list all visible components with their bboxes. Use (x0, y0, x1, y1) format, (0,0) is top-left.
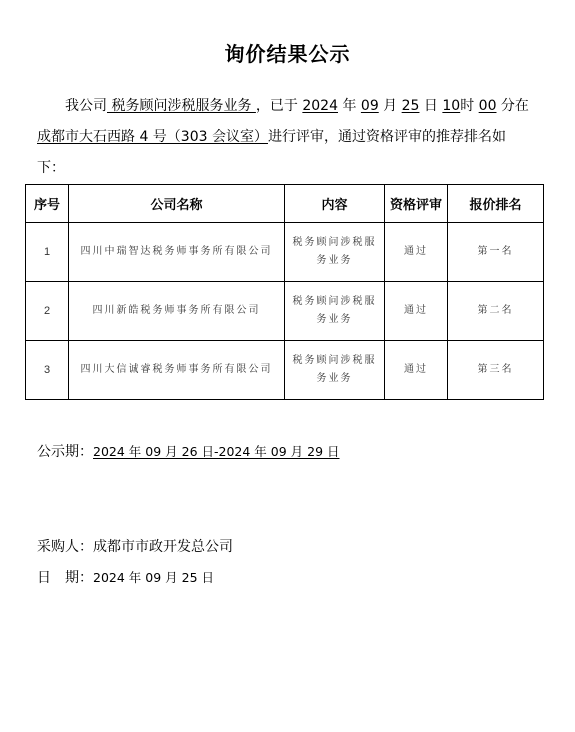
purchaser: 采购人：成都市市政开发总公司 (37, 536, 233, 556)
intro-text: 时 (460, 98, 478, 114)
review-hour: 10 (442, 98, 460, 114)
review-day: 25 (402, 98, 420, 114)
cell-content: 税务顾问涉税服务业务 (285, 282, 385, 341)
table-row: 3 四川大信诚睿税务师事务所有限公司 税务顾问涉税服务业务 通过 第三名 (26, 341, 544, 400)
purchaser-value: 成都市市政开发总公司 (93, 539, 233, 555)
header-company: 公司名称 (69, 185, 285, 223)
intro-paragraph: 我公司 税务顾问涉税服务业务 ，已于 2024 年 09 月 25 日 10时 … (37, 92, 547, 183)
cell-rank: 第一名 (448, 223, 544, 282)
review-minute: 00 (479, 98, 497, 114)
publicity-label: 公示期： (37, 444, 93, 460)
cell-content: 税务顾问涉税服务业务 (285, 341, 385, 400)
cell-review: 通过 (385, 223, 448, 282)
header-rank: 报价排名 (448, 185, 544, 223)
cell-index: 3 (26, 341, 69, 400)
cell-company: 四川新皓税务师事务所有限公司 (69, 282, 285, 341)
date-label: 日 期： (37, 570, 93, 586)
publicity-period: 公示期：2024 年 09 月 26 日-2024 年 09 月 29 日 (37, 441, 340, 461)
cell-rank: 第三名 (448, 341, 544, 400)
cell-review: 通过 (385, 282, 448, 341)
table-header-row: 序号 公司名称 内容 资格评审 报价排名 (26, 185, 544, 223)
header-content: 内容 (285, 185, 385, 223)
cell-review: 通过 (385, 341, 448, 400)
document-date: 日 期：2024 年 09 月 25 日 (37, 567, 214, 587)
intro-line-1: 我公司 税务顾问涉税服务业务 ，已于 2024 年 09 月 25 日 10时 … (37, 92, 547, 121)
intro-prefix: 我公司 (65, 98, 107, 114)
date-value: 2024 年 09 月 25 日 (93, 570, 214, 585)
review-month: 09 (361, 98, 379, 114)
intro-text: 月 (379, 98, 402, 114)
cell-content: 税务顾问涉税服务业务 (285, 223, 385, 282)
project-name: 税务顾问涉税服务业务 (107, 98, 256, 114)
intro-text: 年 (338, 98, 361, 114)
cell-rank: 第二名 (448, 282, 544, 341)
intro-text: 日 (419, 98, 442, 114)
publicity-dates: 2024 年 09 月 26 日-2024 年 09 月 29 日 (93, 444, 340, 459)
cell-index: 2 (26, 282, 69, 341)
table-row: 2 四川新皓税务师事务所有限公司 税务顾问涉税服务业务 通过 第二名 (26, 282, 544, 341)
intro-text: ，已于 (256, 98, 302, 114)
cell-company: 四川大信诚睿税务师事务所有限公司 (69, 341, 285, 400)
intro-line-3: 下： (37, 154, 547, 183)
results-table: 序号 公司名称 内容 资格评审 报价排名 1 四川中瑞智达税务师事务所有限公司 … (25, 184, 544, 400)
header-index: 序号 (26, 185, 69, 223)
purchaser-label: 采购人： (37, 539, 93, 555)
table-row: 1 四川中瑞智达税务师事务所有限公司 税务顾问涉税服务业务 通过 第一名 (26, 223, 544, 282)
review-year: 2024 (302, 98, 338, 114)
review-location: 成都市大石西路 4 号（303 会议室） (37, 129, 268, 145)
page-title: 询价结果公示 (0, 38, 575, 67)
cell-company: 四川中瑞智达税务师事务所有限公司 (69, 223, 285, 282)
cell-index: 1 (26, 223, 69, 282)
intro-text: 进行评审，通过资格评审的推荐排名如 (268, 129, 506, 145)
header-review: 资格评审 (385, 185, 448, 223)
intro-line-2: 成都市大石西路 4 号（303 会议室）进行评审，通过资格评审的推荐排名如 (37, 123, 547, 152)
intro-text: 分在 (496, 98, 528, 114)
